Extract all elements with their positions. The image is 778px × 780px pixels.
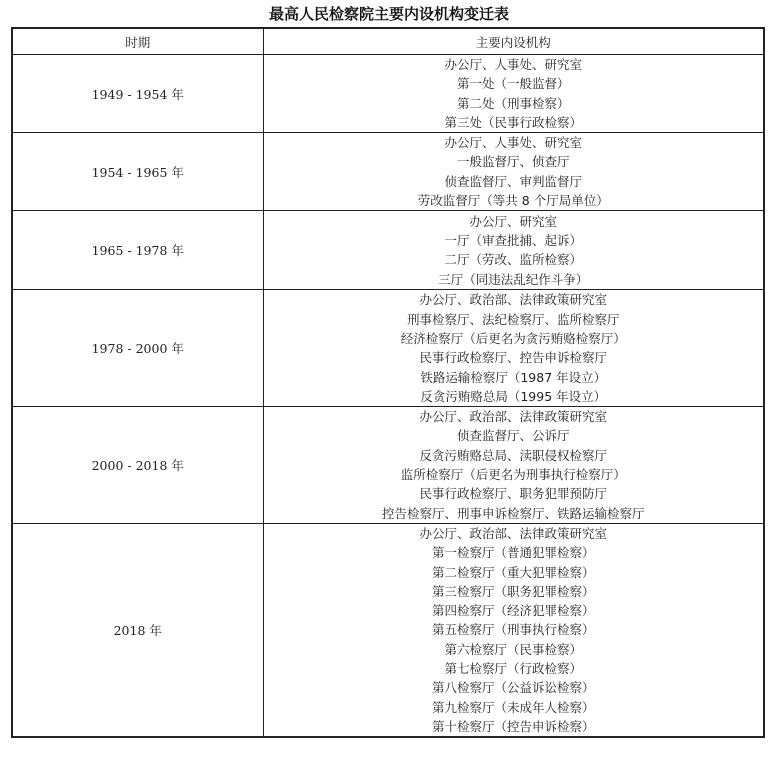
- institution-line: 三厅（同违法乱纪作斗争）: [264, 270, 764, 289]
- period-cell: 2000 - 2018 年: [12, 407, 263, 524]
- institution-line: 办公厅、政治部、法律政策研究室: [264, 524, 764, 543]
- institution-line: 二厅（劳改、监所检察）: [264, 250, 764, 269]
- institution-line: 第一处（一般监督）: [264, 74, 764, 93]
- institution-line: 民事行政检察厅、控告申诉检察厅: [264, 348, 764, 367]
- institution-line: 第四检察厅（经济犯罪检察）: [264, 601, 764, 620]
- header-institutions: 主要内设机构: [263, 28, 764, 55]
- institution-line: 一般监督厅、侦查厅: [264, 152, 764, 171]
- institution-line: 办公厅、政治部、法律政策研究室: [264, 407, 764, 426]
- institution-line: 第六检察厅（民事检察）: [264, 640, 764, 659]
- table-title: 最高人民检察院主要内设机构变迁表: [0, 4, 778, 24]
- period-cell: 1954 - 1965 年: [12, 133, 263, 211]
- institution-line: 监所检察厅（后更名为刑事执行检察厅）: [264, 465, 764, 484]
- institution-line: 第八检察厅（公益诉讼检察）: [264, 678, 764, 697]
- table-row: 2018 年 办公厅、政治部、法律政策研究室 第一检察厅（普通犯罪检察） 第二检…: [12, 523, 764, 737]
- institution-line: 第五检察厅（刑事执行检察）: [264, 620, 764, 639]
- institution-line: 一厅（审查批捕、起诉）: [264, 231, 764, 250]
- table-row: 1978 - 2000 年 办公厅、政治部、法律政策研究室 刑事检察厅、法纪检察…: [12, 290, 764, 407]
- table-row: 2000 - 2018 年 办公厅、政治部、法律政策研究室 侦查监督厅、公诉厅 …: [12, 407, 764, 524]
- institution-line: 第一检察厅（普通犯罪检察）: [264, 543, 764, 562]
- institution-line: 反贪污贿赂总局（1995 年设立）: [264, 387, 764, 406]
- institution-line: 控告检察厅、刑事申诉检察厅、铁路运输检察厅: [264, 504, 764, 523]
- table-row: 1954 - 1965 年 办公厅、人事处、研究室 一般监督厅、侦查厅 侦查监督…: [12, 133, 764, 211]
- institution-line: 铁路运输检察厅（1987 年设立）: [264, 368, 764, 387]
- institution-changes-table: 时期 主要内设机构 1949 - 1954 年 办公厅、人事处、研究室 第一处（…: [11, 27, 765, 738]
- institution-line: 刑事检察厅、法纪检察厅、监所检察厅: [264, 310, 764, 329]
- institution-line: 第十检察厅（控告申诉检察）: [264, 717, 764, 736]
- table-row: 1949 - 1954 年 办公厅、人事处、研究室 第一处（一般监督） 第二处（…: [12, 55, 764, 133]
- institution-line: 第七检察厅（行政检察）: [264, 659, 764, 678]
- institution-line: 劳改监督厅（等共 8 个厅局单位）: [264, 191, 764, 210]
- institution-line: 第九检察厅（未成年人检察）: [264, 698, 764, 717]
- institutions-cell: 办公厅、政治部、法律政策研究室 第一检察厅（普通犯罪检察） 第二检察厅（重大犯罪…: [263, 523, 764, 737]
- period-cell: 1949 - 1954 年: [12, 55, 263, 133]
- institutions-cell: 办公厅、人事处、研究室 一般监督厅、侦查厅 侦查监督厅、审判监督厅 劳改监督厅（…: [263, 133, 764, 211]
- institution-line: 经济检察厅（后更名为贪污贿赂检察厅）: [264, 329, 764, 348]
- institution-line: 侦查监督厅、审判监督厅: [264, 172, 764, 191]
- institution-line: 办公厅、人事处、研究室: [264, 55, 764, 74]
- institution-line: 民事行政检察厅、职务犯罪预防厅: [264, 484, 764, 503]
- period-cell: 1965 - 1978 年: [12, 211, 263, 290]
- institution-line: 办公厅、人事处、研究室: [264, 133, 764, 152]
- institutions-cell: 办公厅、研究室 一厅（审查批捕、起诉） 二厅（劳改、监所检察） 三厅（同违法乱纪…: [263, 211, 764, 290]
- institutions-cell: 办公厅、人事处、研究室 第一处（一般监督） 第二处（刑事检察） 第三处（民事行政…: [263, 55, 764, 133]
- institution-line: 反贪污贿赂总局、渎职侵权检察厅: [264, 446, 764, 465]
- institutions-cell: 办公厅、政治部、法律政策研究室 刑事检察厅、法纪检察厅、监所检察厅 经济检察厅（…: [263, 290, 764, 407]
- institution-line: 办公厅、研究室: [264, 212, 764, 231]
- institutions-cell: 办公厅、政治部、法律政策研究室 侦查监督厅、公诉厅 反贪污贿赂总局、渎职侵权检察…: [263, 407, 764, 524]
- table-row: 1965 - 1978 年 办公厅、研究室 一厅（审查批捕、起诉） 二厅（劳改、…: [12, 211, 764, 290]
- table-header-row: 时期 主要内设机构: [12, 28, 764, 55]
- institution-line: 第二检察厅（重大犯罪检察）: [264, 563, 764, 582]
- institution-line: 侦查监督厅、公诉厅: [264, 426, 764, 445]
- institution-line: 办公厅、政治部、法律政策研究室: [264, 290, 764, 309]
- period-cell: 2018 年: [12, 523, 263, 737]
- header-period: 时期: [12, 28, 263, 55]
- institution-line: 第三检察厅（职务犯罪检察）: [264, 582, 764, 601]
- institution-line: 第三处（民事行政检察）: [264, 113, 764, 132]
- period-cell: 1978 - 2000 年: [12, 290, 263, 407]
- institution-line: 第二处（刑事检察）: [264, 94, 764, 113]
